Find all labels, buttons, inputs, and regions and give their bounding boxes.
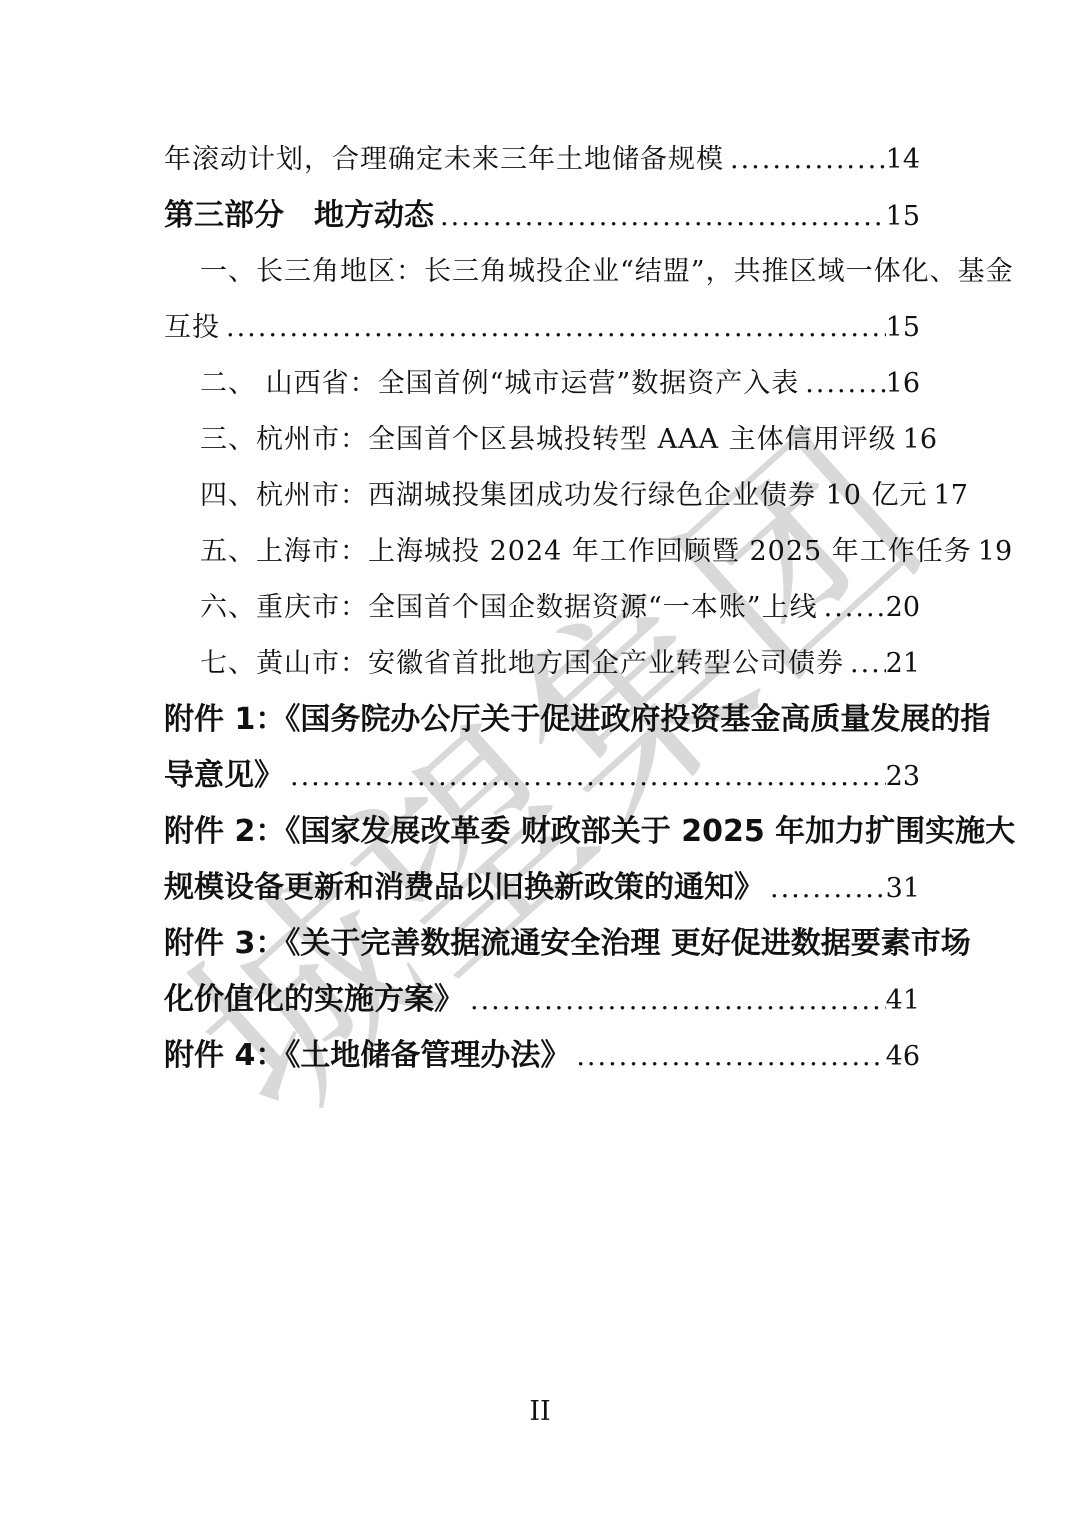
toc-page-number: 23 <box>886 749 920 805</box>
dot-leader: ........................................… <box>226 300 886 356</box>
toc-attachment-4[interactable]: 附件 4：《土地储备管理办法》 ........................… <box>164 1028 920 1084</box>
toc-entry-4-hangzhou-green-bond[interactable]: 四、杭州市：西湖城投集团成功发行绿色企业债券 10 亿元 ...........… <box>164 468 920 524</box>
toc-entry-1-yangtze-delta-line2[interactable]: 互投 .....................................… <box>164 300 920 356</box>
toc-page-number: 41 <box>886 973 920 1029</box>
dot-leader: ........................................… <box>850 636 886 692</box>
table-of-contents: 年滚动计划，合理确定未来三年土地储备规模 ...................… <box>164 132 920 1084</box>
toc-entry-text: 五、上海市：上海城投 2024 年工作回顾暨 2025 年工作任务 <box>200 524 972 580</box>
toc-entry-2-shanxi[interactable]: 二、 山西省：全国首例“城市运营”数据资产入表 ................… <box>164 356 920 412</box>
toc-page-number: 16 <box>903 412 937 468</box>
toc-entry-text: 四、杭州市：西湖城投集团成功发行绿色企业债券 10 亿元 <box>200 468 928 524</box>
toc-entry-text: 七、黄山市：安徽省首批地方国企产业转型公司债券 <box>200 636 844 692</box>
toc-entry-text: 附件 1：《国务院办公厅关于促进政府投资基金高质量发展的指 <box>164 702 990 737</box>
toc-line-land-reserve-continuation[interactable]: 年滚动计划，合理确定未来三年土地储备规模 ...................… <box>164 132 920 188</box>
toc-page-number: 31 <box>886 861 920 917</box>
toc-entry-text: 第三部分 地方动态 <box>164 188 434 244</box>
toc-entry-text: 一、长三角地区：长三角城投企业“结盟”，共推区域一体化、基金 <box>200 256 1014 287</box>
toc-attachment-2-line2[interactable]: 规模设备更新和消费品以旧换新政策的通知》 ...................… <box>164 860 920 916</box>
toc-heading-part3-local-news[interactable]: 第三部分 地方动态 ..............................… <box>164 188 920 244</box>
dot-leader: ........................................… <box>470 973 886 1029</box>
toc-page-number: 15 <box>886 189 920 245</box>
toc-entry-text: 互投 <box>164 300 220 356</box>
dot-leader: ........................................… <box>770 861 886 917</box>
toc-entry-text: 三、杭州市：全国首个区县城投转型 AAA 主体信用评级 <box>200 412 897 468</box>
toc-entry-text: 附件 2：《国家发展改革委 财政部关于 2025 年加力扩围实施大 <box>164 814 1015 849</box>
toc-entry-text: 年滚动计划，合理确定未来三年土地储备规模 <box>164 132 724 188</box>
dot-leader: ........................................… <box>290 749 886 805</box>
dot-leader: ........................................… <box>805 356 885 412</box>
dot-leader: ........................................… <box>730 132 886 188</box>
toc-entry-text: 导意见》 <box>164 748 284 804</box>
toc-attachment-1-line2[interactable]: 导意见》 ...................................… <box>164 748 920 804</box>
toc-page-number: 14 <box>886 132 920 188</box>
toc-page-number: 21 <box>886 636 920 692</box>
toc-entry-6-chongqing[interactable]: 六、重庆市：全国首个国企数据资源“一本账”上线 ................… <box>164 580 920 636</box>
toc-attachment-2-line1[interactable]: 附件 2：《国家发展改革委 财政部关于 2025 年加力扩围实施大 <box>164 804 920 860</box>
toc-entry-text: 化价值化的实施方案》 <box>164 972 464 1028</box>
dot-leader: ........................................… <box>824 580 886 636</box>
toc-page-number: 46 <box>886 1029 920 1085</box>
toc-entry-text: 二、 山西省：全国首例“城市运营”数据资产入表 <box>200 356 799 412</box>
toc-attachment-1-line1[interactable]: 附件 1：《国务院办公厅关于促进政府投资基金高质量发展的指 <box>164 692 920 748</box>
toc-entry-3-hangzhou-aaa[interactable]: 三、杭州市：全国首个区县城投转型 AAA 主体信用评级 ............… <box>164 412 920 468</box>
toc-page-number: 19 <box>978 524 1012 580</box>
toc-entry-1-yangtze-delta-line1[interactable]: 一、长三角地区：长三角城投企业“结盟”，共推区域一体化、基金 <box>164 244 920 300</box>
toc-entry-text: 附件 4：《土地储备管理办法》 <box>164 1028 570 1084</box>
toc-attachment-3-line2[interactable]: 化价值化的实施方案》 .............................… <box>164 972 920 1028</box>
toc-entry-5-shanghai[interactable]: 五、上海市：上海城投 2024 年工作回顾暨 2025 年工作任务 ......… <box>164 524 920 580</box>
toc-page-number: 15 <box>886 300 920 356</box>
toc-entry-text: 附件 3：《关于完善数据流通安全治理 更好促进数据要素市场 <box>164 926 971 961</box>
dot-leader: ........................................… <box>440 189 886 245</box>
toc-entry-text: 规模设备更新和消费品以旧换新政策的通知》 <box>164 860 764 916</box>
toc-page-number: 16 <box>886 356 920 412</box>
page-number-footer: II <box>0 1384 1080 1440</box>
toc-attachment-3-line1[interactable]: 附件 3：《关于完善数据流通安全治理 更好促进数据要素市场 <box>164 916 920 972</box>
toc-entry-7-huangshan[interactable]: 七、黄山市：安徽省首批地方国企产业转型公司债券 ................… <box>164 636 920 692</box>
dot-leader: ........................................… <box>576 1029 885 1085</box>
document-page: 城望集团 年滚动计划，合理确定未来三年土地储备规模 ..............… <box>0 0 1080 1526</box>
toc-page-number: 17 <box>934 468 968 524</box>
toc-entry-text: 六、重庆市：全国首个国企数据资源“一本账”上线 <box>200 580 818 636</box>
toc-page-number: 20 <box>886 580 920 636</box>
